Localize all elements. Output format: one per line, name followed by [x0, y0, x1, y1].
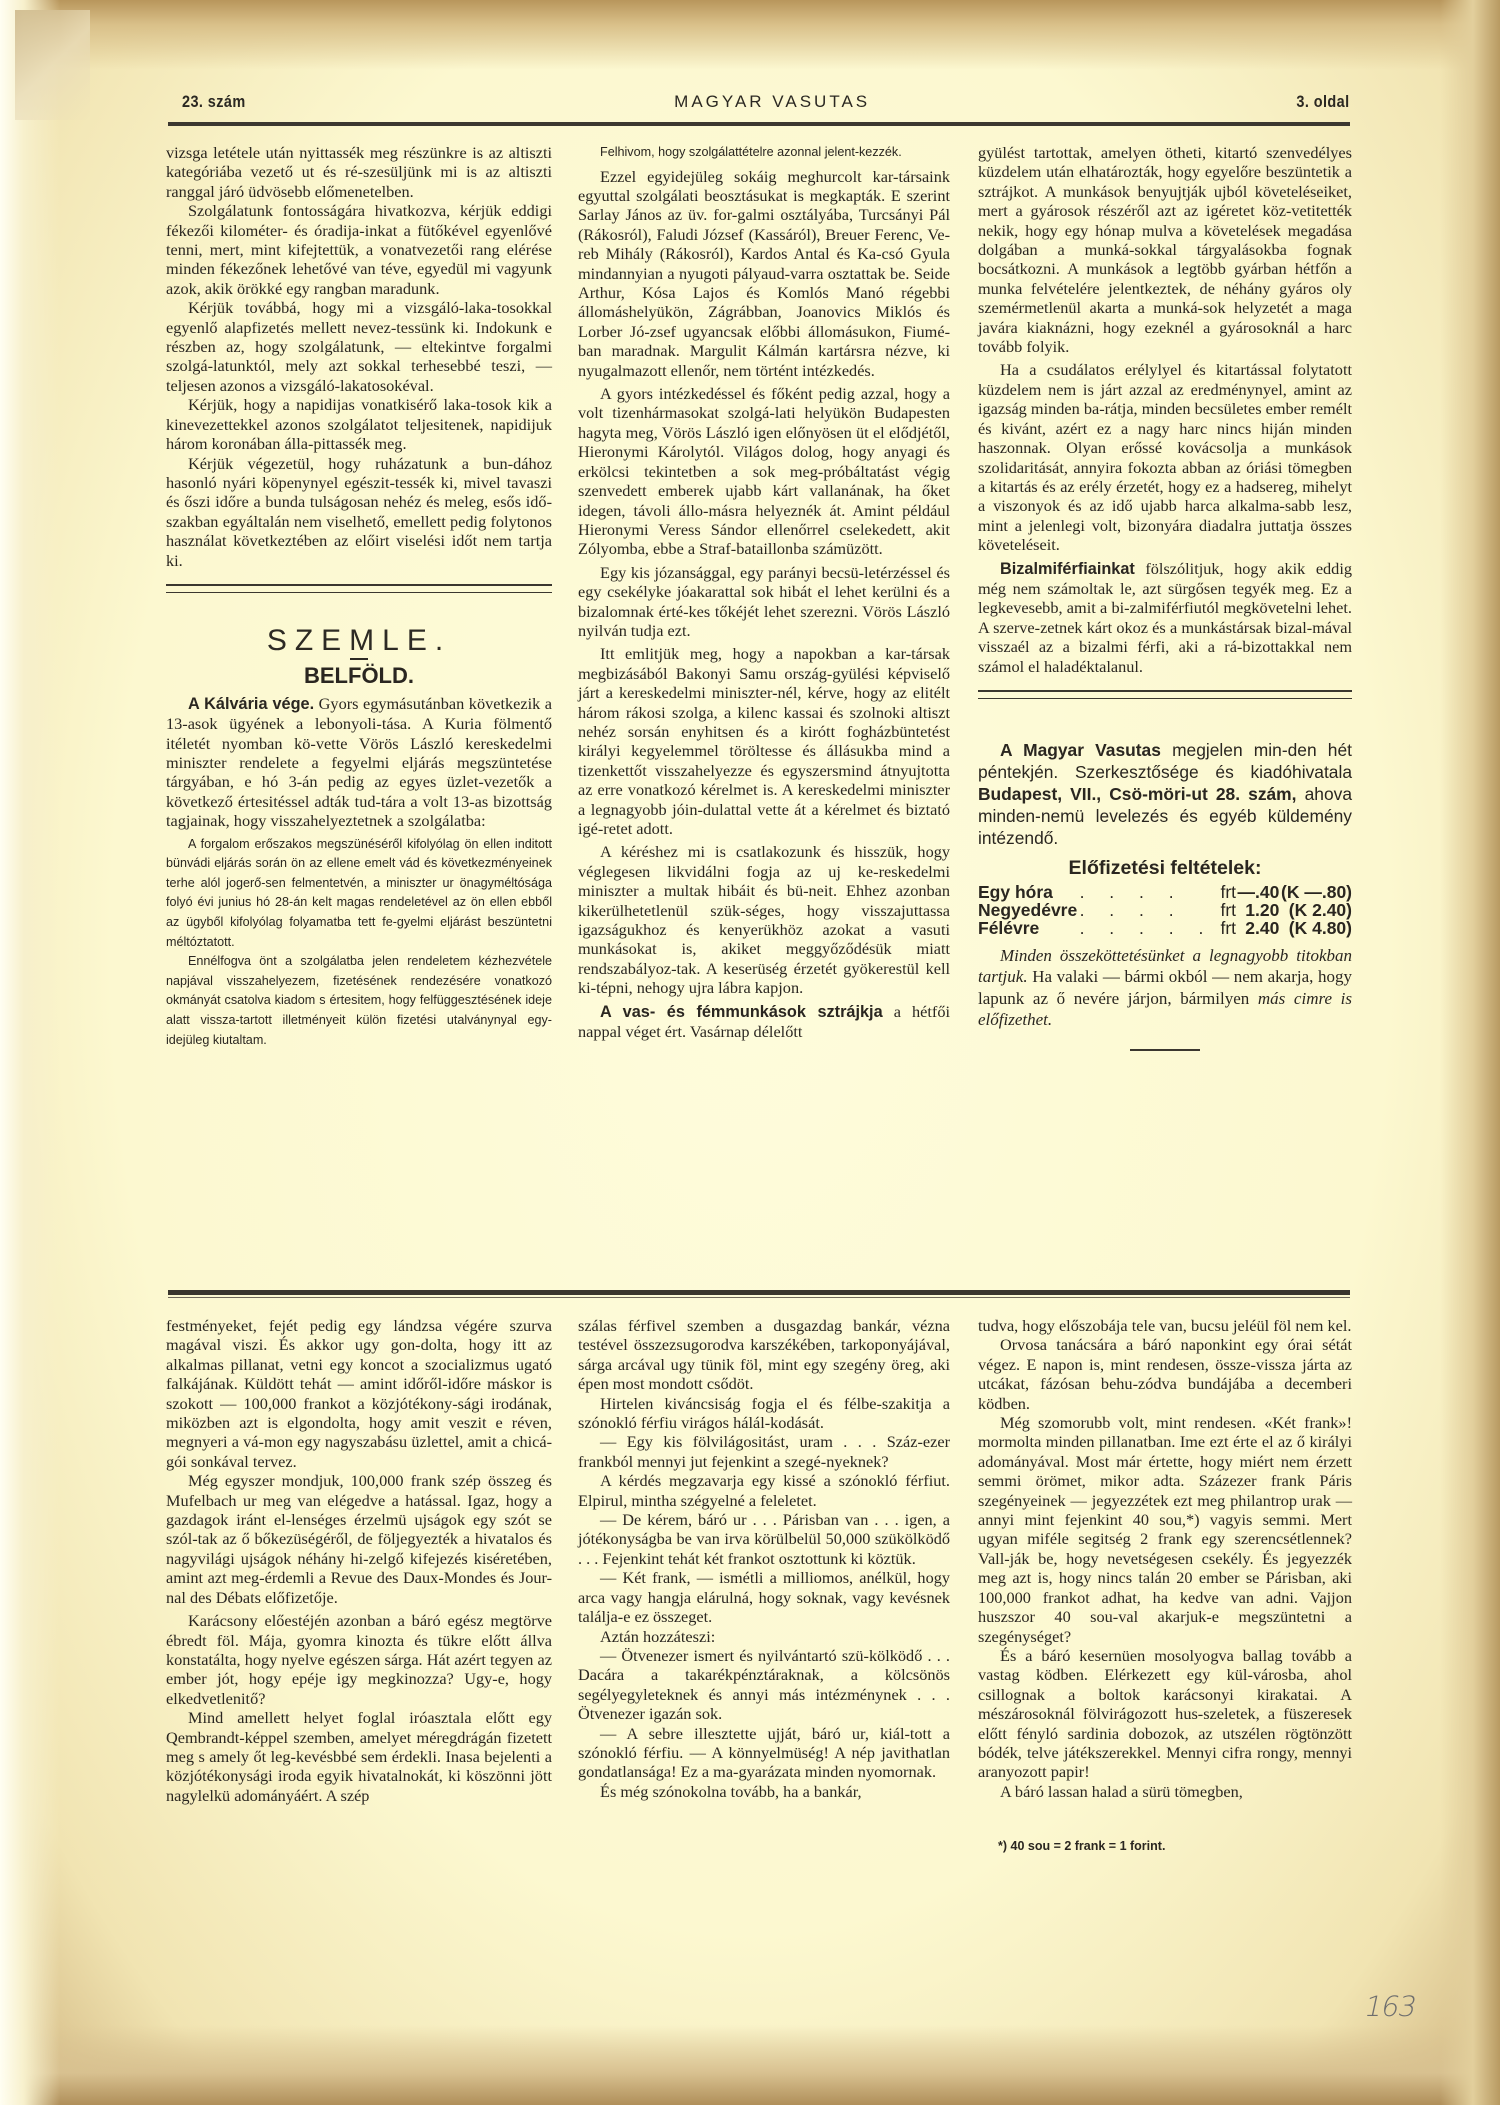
page-number: 3. oldal	[1297, 92, 1350, 112]
article-trustees: Bizalmiférfiainkat fölszólitjuk, hogy ak…	[978, 559, 1352, 676]
subsection-title: BELFÖLD.	[166, 666, 552, 685]
paragraph: Még egyszer mondjuk, 100,000 frank szép …	[166, 1471, 552, 1607]
article-text: Gyors egymásutánban következik a 13-asok…	[166, 694, 552, 830]
publisher-notice: A Magyar Vasutas megjelen min-den hét pé…	[978, 739, 1352, 1051]
paragraph: Még szomorubb volt, mint rendesen. «Két …	[978, 1413, 1352, 1646]
notice-lead: A Magyar Vasutas	[1000, 740, 1161, 760]
article-heading: Bizalmiférfiainkat	[1000, 560, 1135, 578]
paragraph: Aztán hozzáteszi:	[578, 1627, 950, 1646]
paper-corner-damage	[15, 10, 90, 120]
issue-number: 23. szám	[182, 92, 246, 112]
column-bottom-left: festményeket, fejét pedig egy lándzsa vé…	[166, 1316, 552, 1805]
column-bottom-middle: szálas férfivel szemben a dusgazdag bank…	[578, 1316, 950, 1801]
column-top-middle: Felhivom, hogy szolgálattételre azonnal …	[578, 143, 950, 1041]
price-row: Félévre . . . . . frt 2.40 (K 4.80)	[978, 919, 1352, 937]
paragraph: festményeket, fejét pedig egy lándzsa vé…	[166, 1316, 552, 1471]
paragraph: Ha a csudálatos erélylyel és kitartással…	[978, 360, 1352, 554]
paragraph: — Két frank, — ismétli a milliomos, anél…	[578, 1568, 950, 1626]
paragraph: Kérjük továbbá, hogy mi a vizsgáló-laka-…	[166, 298, 552, 395]
paragraph: Ezzel egyidejüleg sokáig meghurcolt kar-…	[578, 167, 950, 380]
page-divider-thin	[168, 1297, 1350, 1298]
page-divider	[168, 1290, 1350, 1295]
paragraph: tudva, hogy előszobája tele van, bucsu j…	[978, 1316, 1352, 1335]
section-divider	[166, 584, 552, 593]
article-heading: A vas- és fémmunkások sztrájkja	[600, 1003, 883, 1021]
column-bottom-right: tudva, hogy előszobája tele van, bucsu j…	[978, 1316, 1352, 1857]
paragraph: szálas férfivel szemben a dusgazdag bank…	[578, 1316, 950, 1394]
paragraph: És még szónokolna tovább, ha a bankár,	[578, 1782, 950, 1801]
article-strike: A vas- és fémmunkások sztrájkja a hétfői…	[578, 1002, 950, 1042]
paragraph: vizsga letétele után nyittassék meg rész…	[166, 143, 552, 201]
paragraph: gyülést tartottak, amelyen ötheti, kitar…	[978, 143, 1352, 356]
article-kalvaria: A Kálvária vége. Gyors egymásutánban köv…	[166, 694, 552, 831]
title-dash	[350, 658, 368, 660]
paper-edge-bottom	[0, 2025, 1500, 2105]
end-rule	[1130, 1049, 1200, 1051]
subscription-title: Előfizetési feltételek:	[978, 857, 1352, 879]
paragraph: A báró lassan halad a sürü tömegben,	[978, 1782, 1352, 1801]
paragraph: Szolgálatunk fontosságára hivatkozva, ké…	[166, 201, 552, 298]
footnote: *) 40 sou = 2 frank = 1 forint.	[978, 1837, 1352, 1856]
paragraph: — Egy kis fölvilágositást, uram . . . Sz…	[578, 1432, 950, 1471]
quoted-order: Ennélfogva önt a szolgálatba jelen rende…	[166, 952, 552, 1050]
privacy-note: Minden összeköttetésünket a legnagyobb t…	[978, 945, 1352, 1031]
publisher-address: Budapest, VII., Csö-möri-ut 28. szám,	[978, 784, 1296, 804]
quoted-order-end: Felhivom, hogy szolgálattételre azonnal …	[578, 143, 950, 163]
paragraph: Hirtelen kiváncsiság fogja el és félbe-s…	[578, 1394, 950, 1433]
article-heading: A Kálvária vége.	[188, 695, 314, 713]
section-divider	[978, 690, 1352, 699]
paragraph: — Ötvenezer ismert és nyilvántartó szü-k…	[578, 1646, 950, 1724]
quoted-order: A forgalom erőszakos megszünéséről kifol…	[166, 835, 552, 953]
column-top-right: gyülést tartottak, amelyen ötheti, kitar…	[978, 143, 1352, 1051]
price-row: Negyedévre . . . . frt 1.20 (K 2.40)	[978, 901, 1352, 919]
paragraph: — De kérem, báró ur . . . Párisban van .…	[578, 1510, 950, 1568]
column-top-left: vizsga letétele után nyittassék meg rész…	[166, 143, 552, 1050]
paper-edge-right	[1440, 0, 1500, 2105]
paragraph: Orvosa tanácsára a báró naponkint egy ór…	[978, 1335, 1352, 1413]
paragraph: Itt emlitjük meg, hogy a napokban a kar-…	[578, 644, 950, 838]
handwritten-page-number: 163	[1361, 1990, 1418, 2023]
paper-edge-left	[0, 0, 60, 2105]
paragraph: Kérjük végezetül, hogy ruházatunk a bun-…	[166, 454, 552, 570]
paper-edge-top	[0, 0, 1500, 70]
paragraph: Egy kis józansággal, egy parányi becsü-l…	[578, 563, 950, 641]
page-header: 23. szám MAGYAR VASUTAS 3. oldal	[182, 92, 1350, 112]
paragraph: Mind amellett helyet foglal iróasztala e…	[166, 1708, 552, 1805]
paragraph: A gyors intézkedéssel és főként pedig az…	[578, 384, 950, 559]
paragraph: A kéréshez mi is csatlakozunk és hisszük…	[578, 842, 950, 997]
paragraph: Kérjük, hogy a napidijas vonatkisérő lak…	[166, 395, 552, 453]
paragraph: Karácsony előestéjén azonban a báró egés…	[166, 1611, 552, 1708]
header-rule	[168, 122, 1350, 126]
paragraph: — A sebre illesztette ujját, báró ur, ki…	[578, 1724, 950, 1782]
newspaper-title: MAGYAR VASUTAS	[674, 92, 870, 112]
paragraph: És a báró kesernüen mosolyogva ballag to…	[978, 1646, 1352, 1782]
price-row: Egy hóra . . . . frt —.40 (K —.80)	[978, 883, 1352, 901]
section-title: SZEMLE.	[166, 631, 552, 650]
paragraph: A kérdés megzavarja egy kissé a szónokló…	[578, 1471, 950, 1510]
subscription-prices: Egy hóra . . . . frt —.40 (K —.80) Negye…	[978, 883, 1352, 937]
